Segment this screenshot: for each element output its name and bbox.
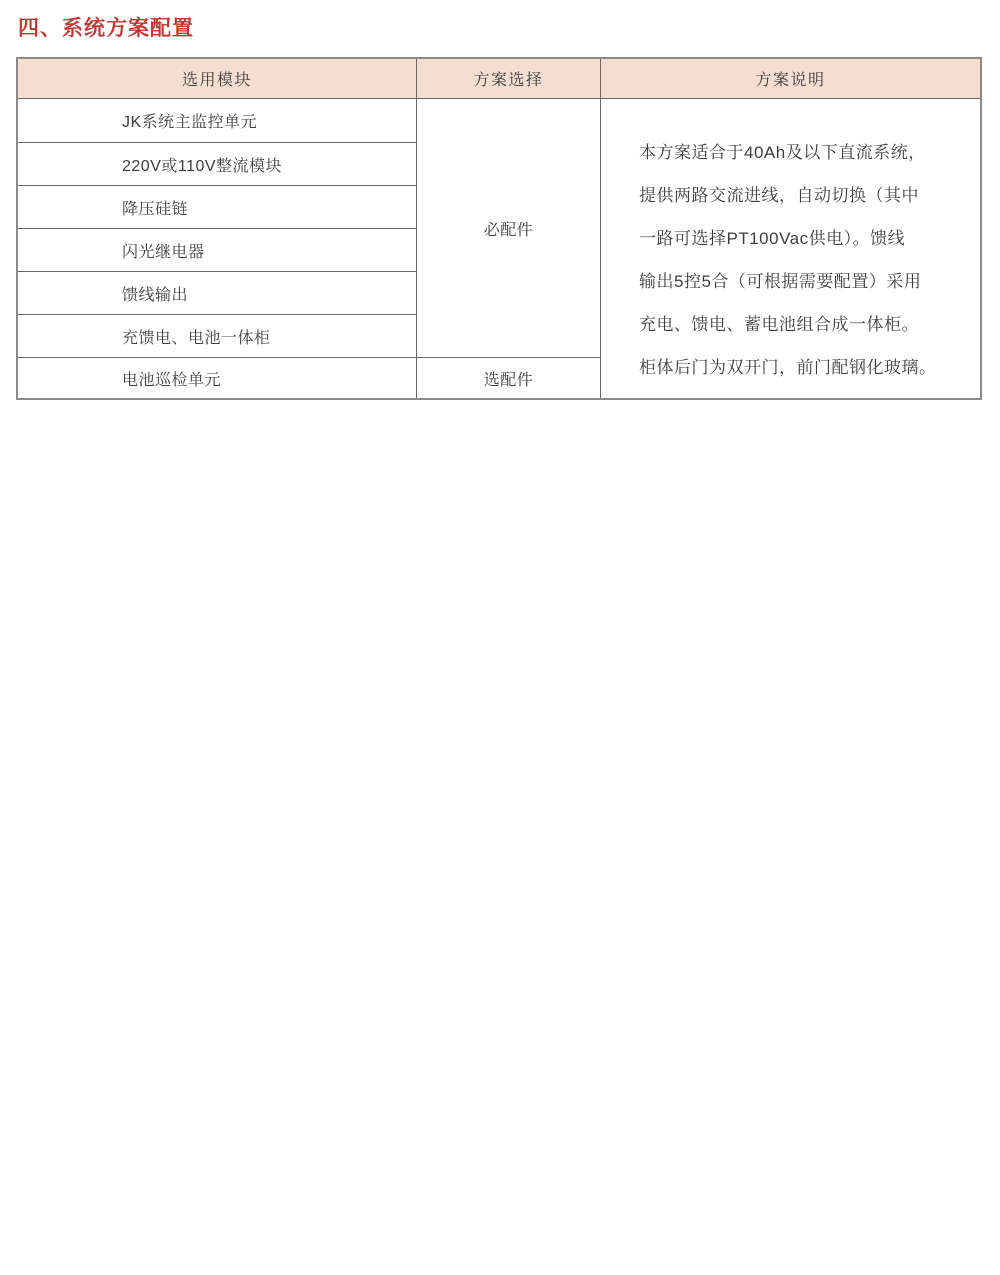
table-row-module-feeder-output: 馈线输出 — [18, 271, 416, 314]
description-line: 一路可选择PT100Vac供电）。馈线 — [639, 217, 964, 260]
page-title: 四、系统方案配置 — [18, 12, 194, 42]
scheme-description-cell: 本方案适合于40Ah及以下直流系统， 提供两路交流进线，自动切换（其中 一路可选… — [600, 99, 980, 398]
table-row-module-silicon-chain: 降压硅链 — [18, 185, 416, 228]
description-line: 输出5控5合（可根据需要配置）采用 — [639, 260, 964, 303]
table-row-module-battery-inspection: 电池巡检单元 — [18, 357, 416, 398]
table-row-module-flash-relay: 闪光继电器 — [18, 228, 416, 271]
selection-optional-cell: 选配件 — [416, 357, 600, 398]
table-row-module-combined-cabinet: 充馈电、电池一体柜 — [18, 314, 416, 357]
column-header-selection: 方案选择 — [416, 59, 600, 99]
selection-required-cell: 必配件 — [416, 99, 600, 357]
system-config-table: 选用模块 方案选择 方案说明 JK系统主监控单元 220V或110V整流模块 降… — [16, 57, 982, 400]
table-row-module-jk-monitor-unit: JK系统主监控单元 — [18, 99, 416, 142]
table-row-module-rectifier: 220V或110V整流模块 — [18, 142, 416, 185]
column-header-description: 方案说明 — [600, 59, 980, 99]
description-line: 柜体后门为双开门，前门配钢化玻璃。 — [639, 346, 964, 389]
description-line: 本方案适合于40Ah及以下直流系统， — [639, 131, 964, 174]
description-line: 充电、馈电、蓄电池组合成一体柜。 — [639, 303, 964, 346]
description-line: 提供两路交流进线，自动切换（其中 — [639, 174, 964, 217]
column-header-module: 选用模块 — [18, 59, 416, 99]
